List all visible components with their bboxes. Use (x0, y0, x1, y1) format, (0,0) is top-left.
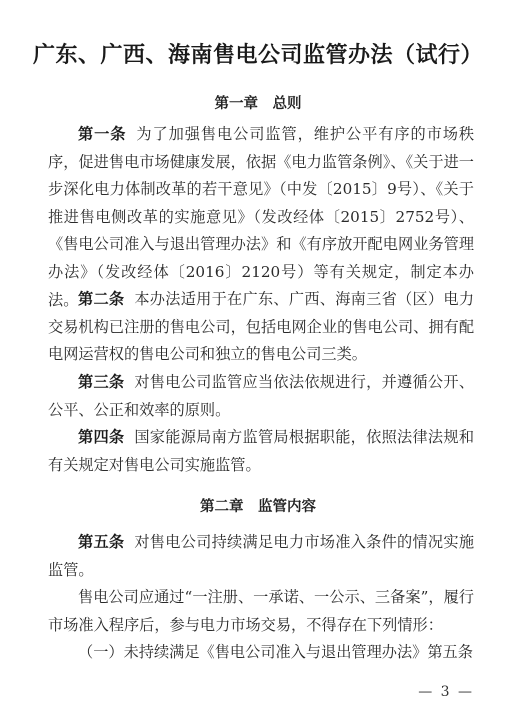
page-number: — 3 — (418, 684, 474, 700)
article-label: 第四条 (78, 428, 124, 446)
document-title: 广东、广西、海南售电公司监管办法（试行） (0, 38, 516, 69)
chapter-heading-2: 第二章 监管内容 (0, 495, 516, 516)
article-label: 第一条 (78, 125, 126, 143)
article-label: 第五条 (78, 533, 124, 551)
article-2: 第二条本办法适用于在广东、广西、海南三省（区）电力交易机构已注册的售电公司，包括… (48, 286, 474, 369)
article-label: 第二条 (78, 290, 124, 308)
paragraph-item-1: （一）未持续满足《售电公司准入与退出管理办法》第五条 (48, 639, 474, 667)
article-4: 第四条国家能源局南方监管局根据职能，依照法律法规和有关规定对售电公司实施监管。 (48, 424, 474, 479)
article-3: 第三条对售电公司监管应当依法依规进行，并遵循公开、公平、公正和效率的原则。 (48, 369, 474, 424)
article-5: 第五条对售电公司持续满足电力市场准入条件的情况实施监管。 (48, 529, 474, 584)
article-label: 第三条 (78, 373, 124, 391)
chapter-heading-1: 第一章 总则 (0, 92, 516, 113)
paragraph-market-entry: 售电公司应通过“一注册、一承诺、一公示、三备案”，履行市场准入程序后，参与电力市… (48, 584, 474, 639)
article-text: 为了加强售电公司监管，维护公平有序的市场秩序，促进售电市场健康发展，依据《电力监… (48, 125, 474, 309)
